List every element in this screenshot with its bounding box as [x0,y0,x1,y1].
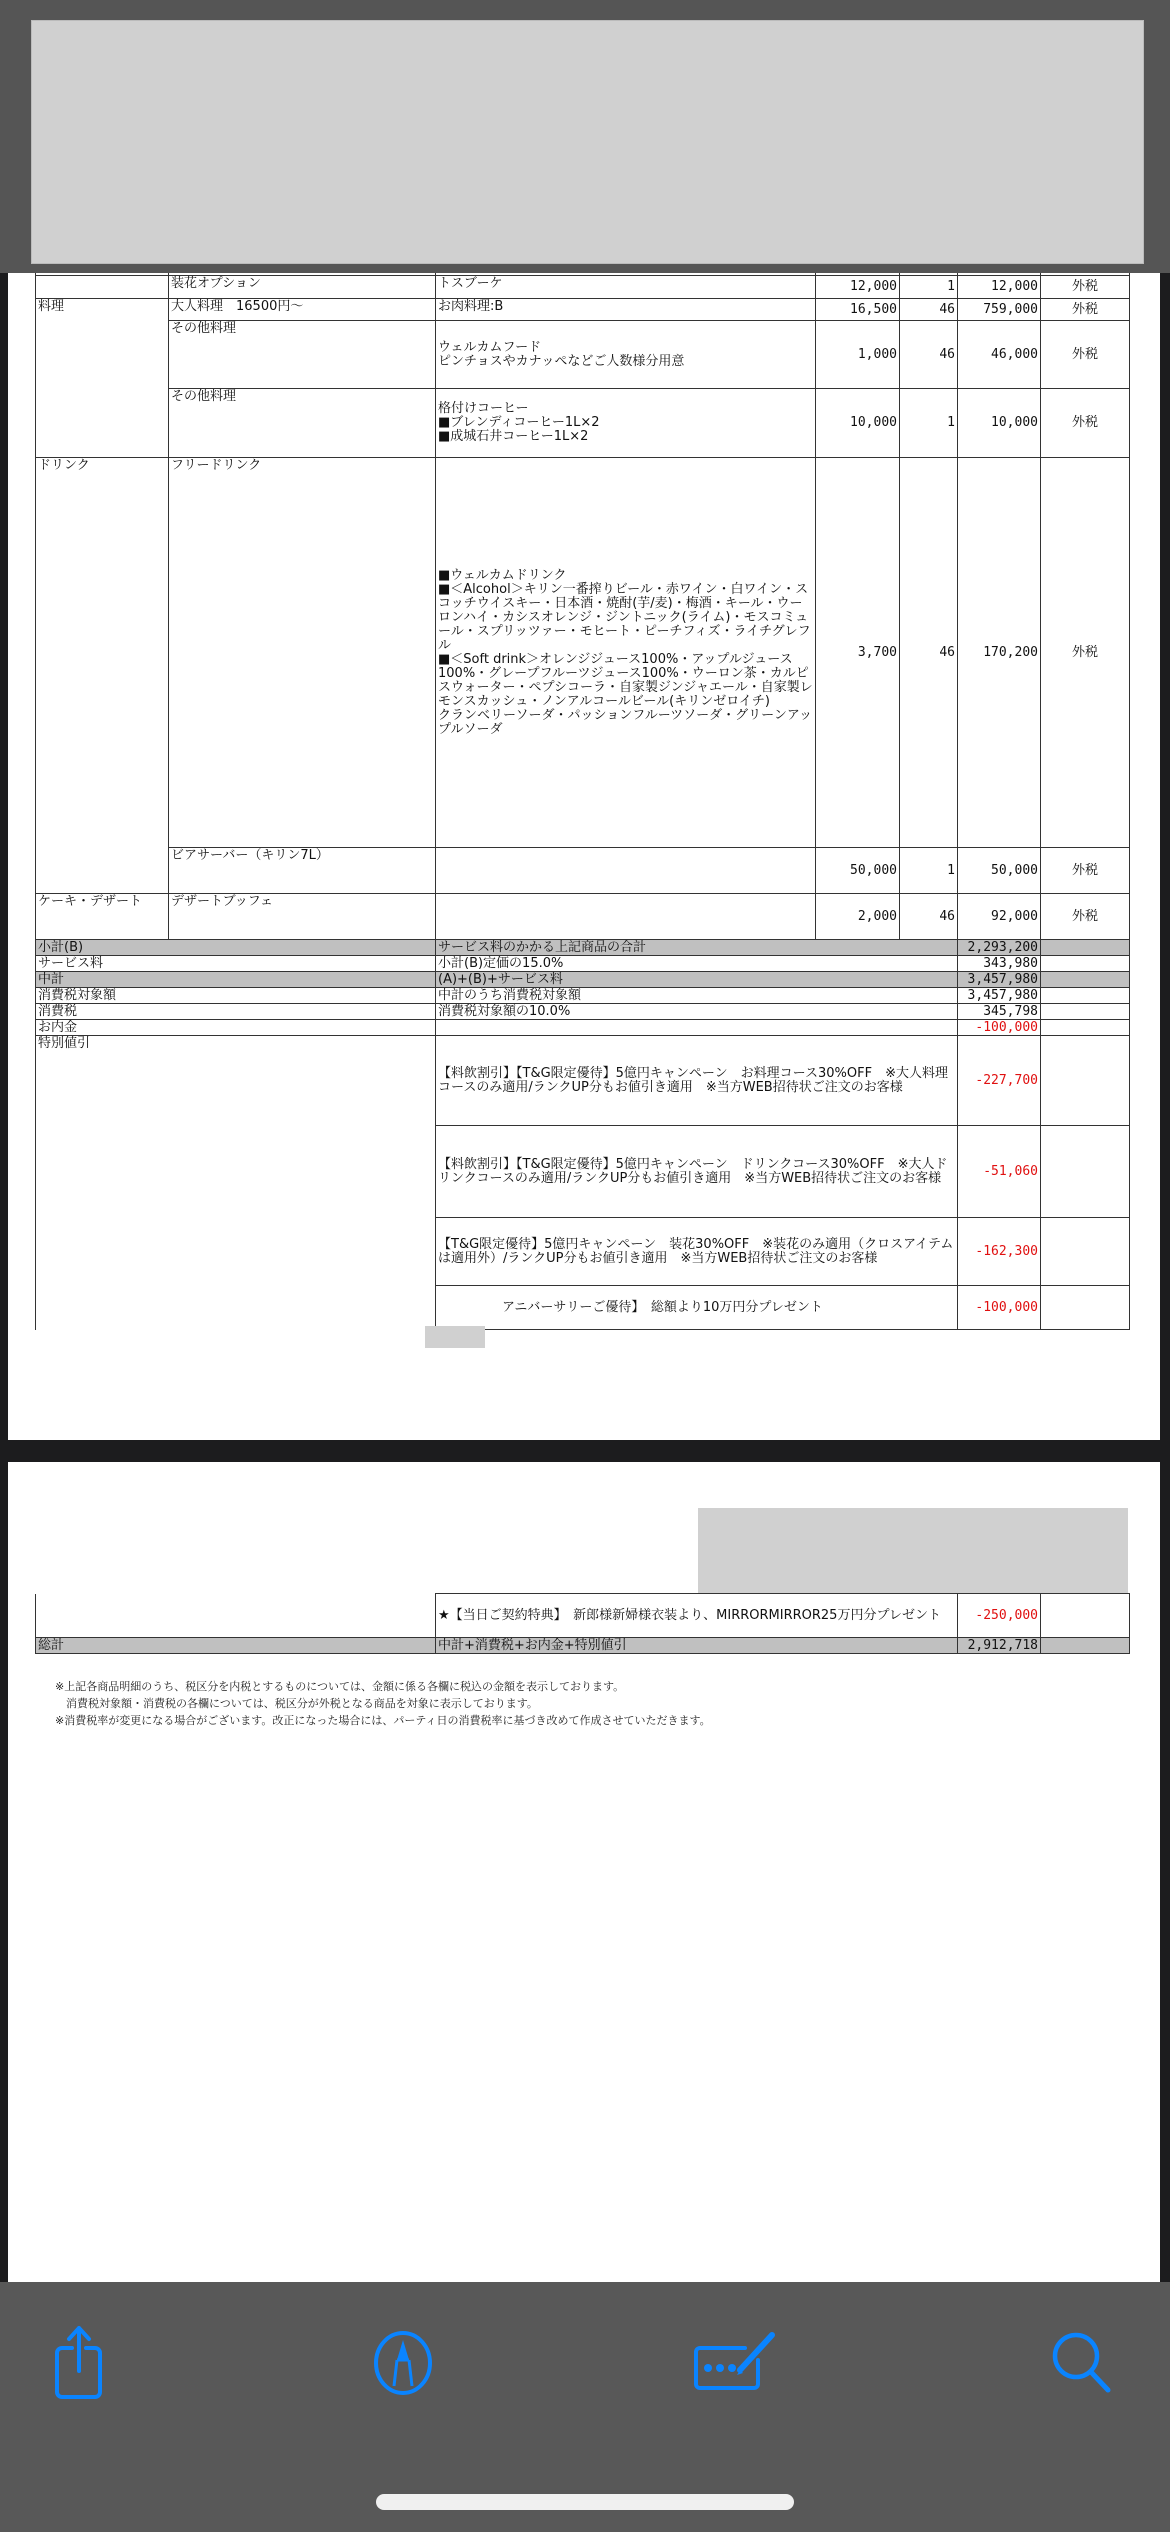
total-desc: 中計+消費税+お内金+特別値引 [436,1638,958,1654]
footnote: ※消費税率が変更になる場合がございます。改正になった場合には、パーティ日の消費税… [55,1712,711,1729]
search-icon [1050,2330,1120,2400]
discount-desc: 【T&G限定優待】5億円キャンペーン 装花30%OFF ※装花のみ適用（クロスア… [436,1218,958,1286]
invoice-table-page2: ★【当日ご契約特典】 新郎様新婦様衣装より、MIRRORMIRROR25万円分プ… [35,1593,1130,1654]
discount-row: ★【当日ご契約特典】 新郎様新婦様衣装より、MIRRORMIRROR25万円分プ… [36,1594,1130,1638]
item-amount: 12,000 [958,276,1041,299]
item-name: フリードリンク [169,458,436,848]
summary-row-subtotal: 小計(B) サービス料のかかる上記商品の合計 2,293,200 [36,940,1130,956]
summary-row-service-fee: サービス料 小計(B)定価の15.0% 343,980 [36,956,1130,972]
top-overlay [0,0,1170,273]
redacted-block [698,1508,1128,1594]
pdf-page-1: ※装花30%OFF適用対象外となります 2,500 12 30,000 外税 装… [8,262,1160,1440]
item-qty: 46 [900,321,958,389]
item-price: 3,700 [816,458,900,848]
item-category [36,276,169,299]
markup-button[interactable] [370,2330,440,2400]
item-tax: 外税 [1041,321,1130,389]
item-amount: 10,000 [958,389,1041,458]
item-tax: 外税 [1041,299,1130,321]
item-qty: 1 [900,848,958,894]
table-row: その他料理 格付けコーヒー ■ブレンディコーヒー1L×2 ■成城石井コーヒー1L… [36,389,1130,458]
item-desc: 格付けコーヒー ■ブレンディコーヒー1L×2 ■成城石井コーヒー1L×2 [436,389,816,458]
table-row: ケーキ・デザート デザートブッフェ 2,000 46 92,000 外税 [36,894,1130,940]
footnote: 消費税対象額・消費税の各欄については、税区分が外税となる商品を対象に表示しており… [55,1695,711,1712]
summary-row-taxable: 消費税対象額 中計のうち消費税対象額 3,457,980 [36,988,1130,1004]
item-name: ビアサーバー（キリン7L） [169,848,436,894]
footnotes: ※上記各商品明細のうち、税区分を内税とするものについては、金額に係る各欄に税込の… [55,1678,711,1729]
item-desc: お肉料理:B [436,299,816,321]
share-icon [48,2322,118,2402]
item-tax: 外税 [1041,276,1130,299]
discount-row: 特別値引 【料飲割引】【T&G限定優待】5億円キャンペーン お料理コース30%O… [36,1036,1130,1126]
item-qty: 46 [900,299,958,321]
item-tax: 外税 [1041,389,1130,458]
item-category: ケーキ・デザート [36,894,169,940]
redacted-header [31,20,1144,264]
share-button[interactable] [48,2322,118,2392]
redacted-text [425,1326,485,1348]
invoice-table-page1: ※装花30%OFF適用対象外となります 2,500 12 30,000 外税 装… [35,248,1130,1330]
item-qty: 46 [900,458,958,848]
table-row: ビアサーバー（キリン7L） 50,000 1 50,000 外税 [36,848,1130,894]
item-name: その他料理 [169,389,436,458]
item-desc [436,848,816,894]
item-qty: 1 [900,389,958,458]
markup-pen-icon [370,2330,440,2400]
home-indicator[interactable] [376,2494,794,2510]
discount-amount: -51,060 [958,1126,1041,1218]
search-button[interactable] [1050,2330,1120,2400]
item-desc: ■ウェルカムドリンク ■＜Alcohol＞キリン一番搾りビール・赤ワイン・白ワイ… [436,458,816,848]
item-name: 装花オプション [169,276,436,299]
item-tax: 外税 [1041,894,1130,940]
item-category: 料理 [36,299,169,458]
item-price: 10,000 [816,389,900,458]
item-desc: ウェルカムフード ピンチョスやカナッペなどご人数様分用意 [436,321,816,389]
summary-row-midtotal: 中計 (A)+(B)+サービス料 3,457,980 [36,972,1130,988]
fill-and-sign-button[interactable] [690,2330,790,2400]
signature-icon [690,2330,790,2400]
item-qty: 46 [900,894,958,940]
item-amount: 759,000 [958,299,1041,321]
item-category: ドリンク [36,458,169,894]
total-row: 総計 中計+消費税+お内金+特別値引 2,912,718 [36,1638,1130,1654]
discount-amount: -100,000 [958,1286,1041,1330]
item-amount: 92,000 [958,894,1041,940]
summary-row-deposit: お内金 -100,000 [36,1020,1130,1036]
item-desc [436,894,816,940]
discount-desc: ★【当日ご契約特典】 新郎様新婦様衣装より、MIRRORMIRROR25万円分プ… [436,1594,958,1638]
item-price: 16,500 [816,299,900,321]
item-price: 50,000 [816,848,900,894]
item-tax: 外税 [1041,848,1130,894]
discount-amount: -227,700 [958,1036,1041,1126]
item-price: 12,000 [816,276,900,299]
table-row: 装花オプション トスブーケ 12,000 1 12,000 外税 [36,276,1130,299]
item-amount: 50,000 [958,848,1041,894]
footnote: ※上記各商品明細のうち、税区分を内税とするものについては、金額に係る各欄に税込の… [55,1678,711,1695]
discount-amount: -250,000 [958,1594,1041,1638]
item-name: デザートブッフェ [169,894,436,940]
item-tax: 外税 [1041,458,1130,848]
item-desc: トスブーケ [436,276,816,299]
special-discount-label: 特別値引 [36,1036,436,1330]
table-row: その他料理 ウェルカムフード ピンチョスやカナッペなどご人数様分用意 1,000… [36,321,1130,389]
item-price: 2,000 [816,894,900,940]
total-amount: 2,912,718 [958,1638,1041,1654]
pdf-page-2: ★【当日ご契約特典】 新郎様新婦様衣装より、MIRRORMIRROR25万円分プ… [8,1462,1160,2282]
summary-row-tax: 消費税 消費税対象額の10.0% 345,798 [36,1004,1130,1020]
discount-desc: アニバーサリーご優待】 総額より10万円分プレゼント [436,1286,958,1330]
total-label: 総計 [36,1638,436,1654]
item-price: 1,000 [816,321,900,389]
discount-amount: -162,300 [958,1218,1041,1286]
table-row: 料理 大人料理 16500円〜 お肉料理:B 16,500 46 759,000… [36,299,1130,321]
item-amount: 46,000 [958,321,1041,389]
discount-desc: 【料飲割引】【T&G限定優待】5億円キャンペーン お料理コース30%OFF ※大… [436,1036,958,1126]
item-name: その他料理 [169,321,436,389]
item-qty: 1 [900,276,958,299]
discount-desc: 【料飲割引】【T&G限定優待】5億円キャンペーン ドリンクコース30%OFF ※… [436,1126,958,1218]
item-amount: 170,200 [958,458,1041,848]
item-name: 大人料理 16500円〜 [169,299,436,321]
table-row: ドリンク フリードリンク ■ウェルカムドリンク ■＜Alcohol＞キリン一番搾… [36,458,1130,848]
